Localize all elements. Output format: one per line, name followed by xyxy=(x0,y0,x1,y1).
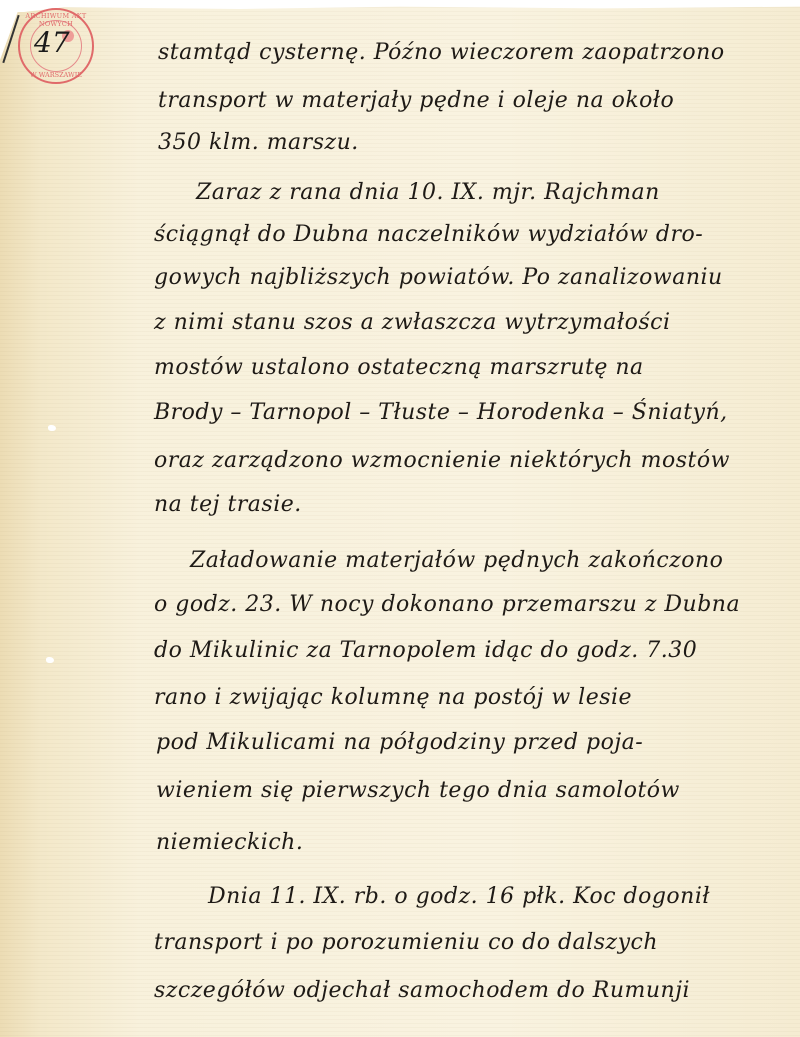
text-line: transport i po porozumieniu co do dalszy… xyxy=(154,930,658,955)
text-line: mostów ustalono ostateczną marszrutę na xyxy=(154,355,644,380)
document-page: ARCHIWUM AKT NOWYCH W WARSZAWIE 47 stamt… xyxy=(0,0,800,1037)
text-line: Zaraz z rana dnia 10. IX. mjr. Rajchman xyxy=(196,180,660,205)
text-line: Brody – Tarnopol – Tłuste – Horodenka – … xyxy=(154,400,728,425)
paper-hole xyxy=(46,657,54,663)
text-line: rano i zwijając kolumnę na postój w lesi… xyxy=(154,685,632,710)
text-line: gowych najbliższych powiatów. Po zanaliz… xyxy=(154,265,723,290)
text-line: stamtąd cysternę. Późno wieczorem zaopat… xyxy=(158,40,725,65)
text-line: Dnia 11. IX. rb. o godz. 16 płk. Koc dog… xyxy=(208,884,710,909)
paper-hole xyxy=(48,425,56,431)
text-line: wieniem się pierwszych tego dnia samolot… xyxy=(156,778,680,803)
stamp-bottom-text: W WARSZAWIE xyxy=(20,71,92,79)
text-line: oraz zarządzono wzmocnienie niektórych m… xyxy=(154,448,730,473)
text-line: do Mikulinic za Tarnopolem idąc do godz.… xyxy=(154,638,697,663)
text-line: Załadowanie materjałów pędnych zakończon… xyxy=(190,548,723,573)
text-line: 350 klm. marszu. xyxy=(158,130,359,155)
text-line: ściągnął do Dubna naczelników wydziałów … xyxy=(154,222,703,247)
text-line: na tej trasie. xyxy=(154,492,302,517)
torn-top-edge xyxy=(0,0,800,12)
text-line: niemieckich. xyxy=(156,830,303,855)
folio-number: 47 xyxy=(34,26,70,59)
text-line: o godz. 23. W nocy dokonano przemarszu z… xyxy=(154,592,740,617)
text-line: z nimi stanu szos a zwłaszcza wytrzymało… xyxy=(154,310,671,335)
text-line: szczegółów odjechał samochodem do Rumunj… xyxy=(154,978,690,1003)
text-line: pod Mikulicami na półgodziny przed pojа- xyxy=(156,730,643,755)
text-line: transport w materjały pędne i oleje na o… xyxy=(158,88,674,113)
